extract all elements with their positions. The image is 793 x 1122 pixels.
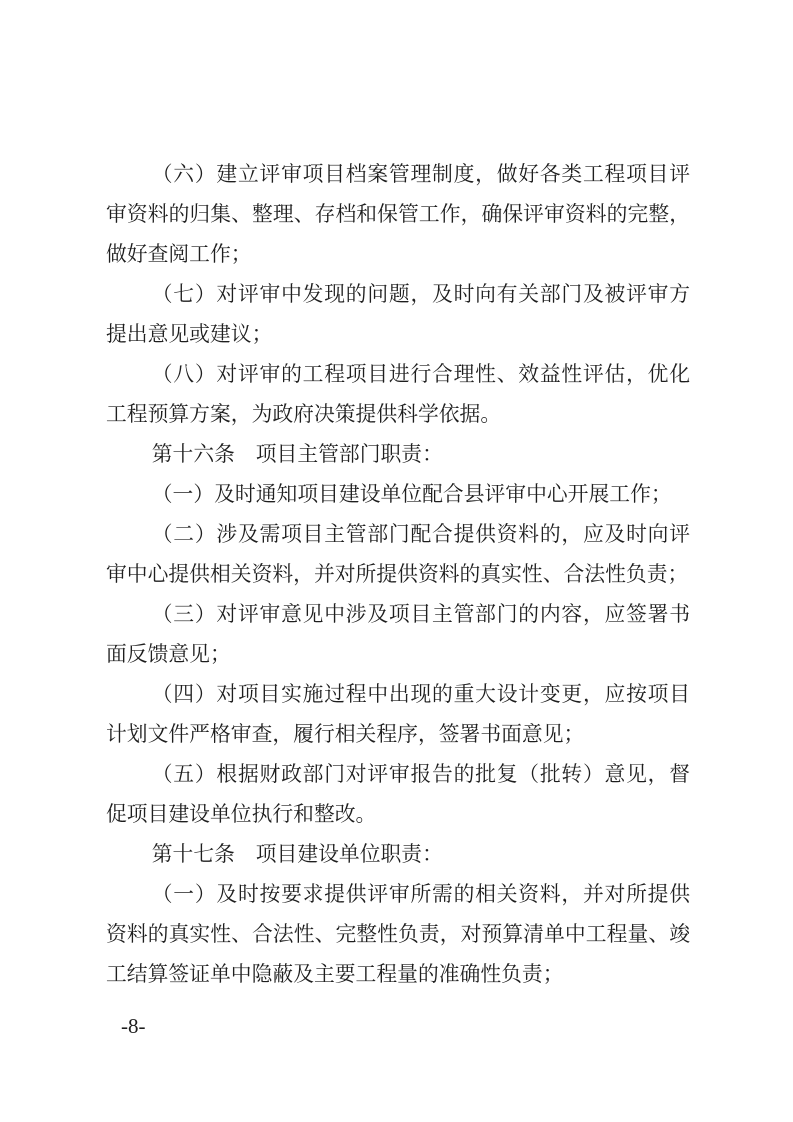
- paragraph-article-16-item-2: （二）涉及需项目主管部门配合提供资料的，应及时向评审中心提供相关资料，并对所提供…: [106, 515, 690, 595]
- paragraph-item-7: （七）对评审中发现的问题，及时向有关部门及被评审方提出意见或建议；: [106, 275, 690, 355]
- paragraph-article-17-item-1: （一）及时按要求提供评审所需的相关资料，并对所提供资料的真实性、合法性、完整性负…: [106, 875, 690, 995]
- paragraph-article-16-item-4: （四）对项目实施过程中出现的重大设计变更，应按项目计划文件严格审查，履行相关程序…: [106, 675, 690, 755]
- paragraph-item-6: （六）建立评审项目档案管理制度，做好各类工程项目评审资料的归集、整理、存档和保管…: [106, 155, 690, 275]
- paragraph-item-8: （八）对评审的工程项目进行合理性、效益性评估，优化工程预算方案，为政府决策提供科…: [106, 355, 690, 435]
- paragraph-article-16-item-1: （一）及时通知项目建设单位配合县评审中心开展工作；: [106, 475, 690, 515]
- page-number: -8-: [121, 1013, 146, 1039]
- paragraph-article-17-heading: 第十七条 项目建设单位职责：: [106, 835, 690, 875]
- document-page: （六）建立评审项目档案管理制度，做好各类工程项目评审资料的归集、整理、存档和保管…: [0, 0, 793, 1122]
- paragraph-article-16-heading: 第十六条 项目主管部门职责：: [106, 435, 690, 475]
- paragraph-article-16-item-3: （三）对评审意见中涉及项目主管部门的内容，应签署书面反馈意见；: [106, 595, 690, 675]
- paragraph-article-16-item-5: （五）根据财政部门对评审报告的批复（批转）意见，督促项目建设单位执行和整改。: [106, 755, 690, 835]
- document-body: （六）建立评审项目档案管理制度，做好各类工程项目评审资料的归集、整理、存档和保管…: [106, 155, 690, 995]
